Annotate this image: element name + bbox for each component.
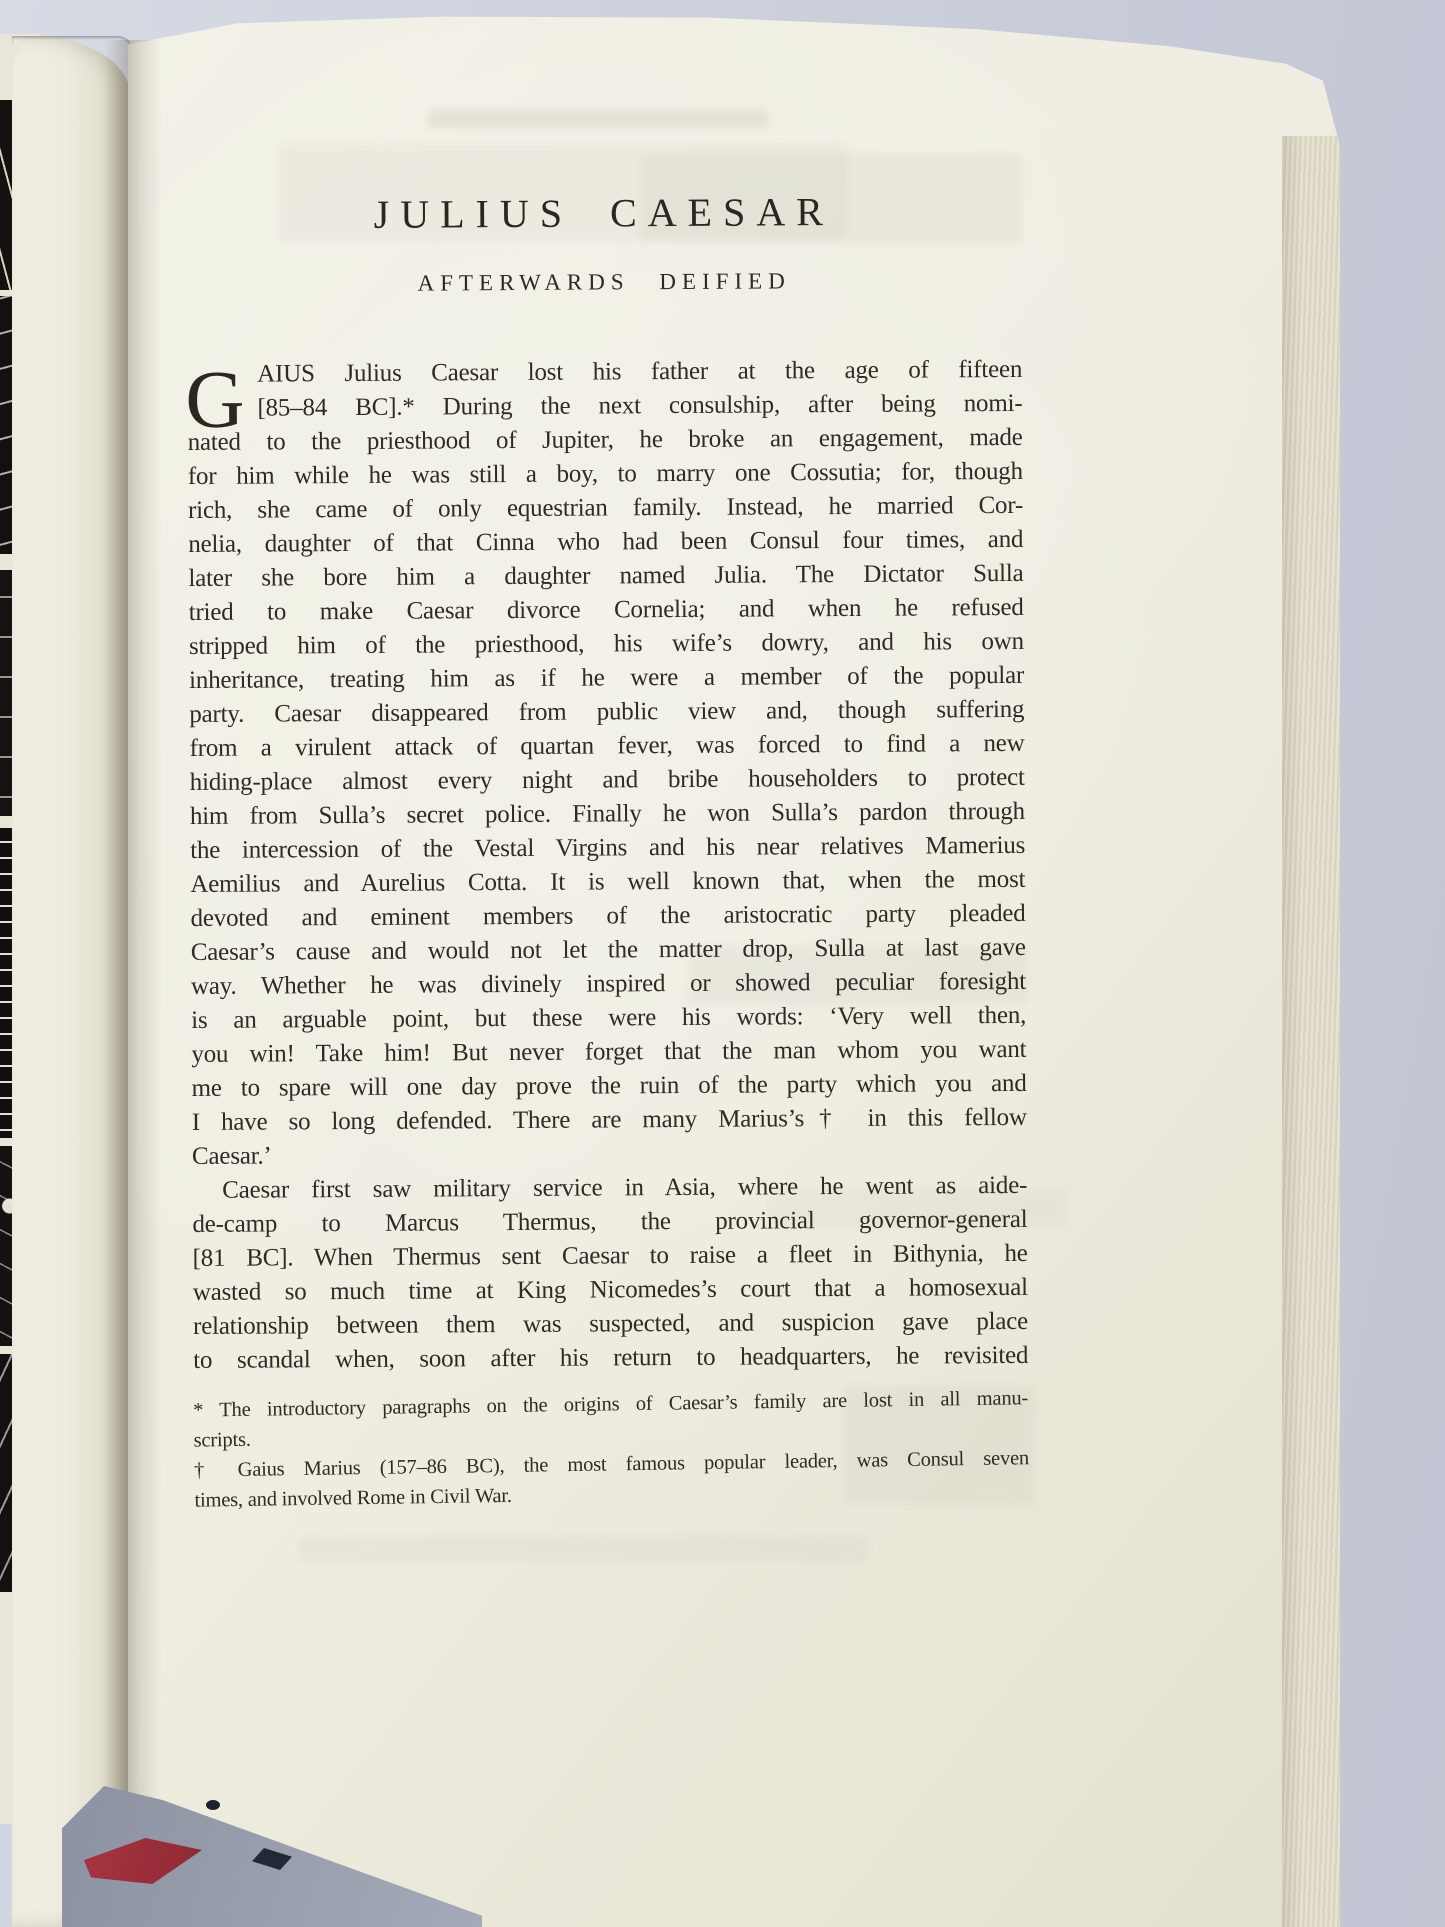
text-line: rich, she came of only equestrian family… [188,489,1023,528]
text-line: wasted so much time at King Nicomedes’s … [193,1271,1028,1310]
print-show-through [428,110,768,128]
text-line: [85–84 BC].* During the next consulship,… [257,387,1022,426]
text-line: to scandal when, soon after his return t… [193,1339,1028,1378]
text-line: me to spare will one day prove the ruin … [191,1067,1026,1106]
text-line: de-camp to Marcus Thermus, the provincia… [192,1203,1027,1242]
footnotes: * The introductory paragraphs on the ori… [193,1383,1030,1515]
text-line: Aemilius and Aurelius Cotta. It is well … [190,863,1025,902]
text-line: hiding-place almost every night and brib… [190,761,1025,800]
chapter-title: JULIUS CAESAR [186,187,1021,239]
text-line: relationship between them was suspected,… [193,1305,1028,1344]
text-line: I have so long defended. There are many … [192,1101,1027,1140]
chapter-subtitle: AFTERWARDS DEIFIED [187,267,1022,298]
text-line: way. Whether he was divinely inspired or… [191,965,1026,1004]
text-line: from a virulent attack of quartan fever,… [189,727,1024,766]
text-line: nated to the priesthood of Jupiter, he b… [188,421,1023,460]
text-line: devoted and eminent members of the arist… [190,897,1025,936]
text-line: later she bore him a daughter named Juli… [188,557,1023,596]
text-line: you win! Take him! But never forget that… [191,1033,1026,1072]
text-line: him from Sulla’s secret police. Finally … [190,795,1025,834]
print-show-through [298,1536,868,1562]
text-line: inheritance, treating him as if he were … [189,659,1024,698]
text-line: [81 BC]. When Thermus sent Caesar to rai… [193,1237,1028,1276]
text-line: Caesar first saw military service in Asi… [192,1169,1027,1208]
text-line: Caesar.’ [192,1135,1027,1174]
text-line: Caesar’s cause and would not let the mat… [191,931,1026,970]
text-line: the intercession of the Vestal Virgins a… [190,829,1025,868]
book-page: JULIUS CAESAR AFTERWARDS DEIFIED G AIUS … [128,8,1340,1927]
book-photo: JULIUS CAESAR AFTERWARDS DEIFIED G AIUS … [0,0,1445,1927]
text-line: is an arguable point, but these were his… [191,999,1026,1038]
text-line: AIUS Julius Caesar lost his father at th… [257,353,1022,392]
text-line: nelia, daughter of that Cinna who had be… [188,523,1023,562]
page-fore-edge [1282,136,1340,1927]
text-line: party. Caesar disappeared from public vi… [189,693,1024,732]
gutter-shadow [104,40,162,1927]
body-text: AIUS Julius Caesar lost his father at th… [187,353,1028,1378]
text-line: for him while he was still a boy, to mar… [188,455,1023,494]
text-line: stripped him of the priesthood, his wife… [189,625,1024,664]
text-line: tried to make Caesar divorce Cornelia; a… [189,591,1024,630]
text-column: JULIUS CAESAR AFTERWARDS DEIFIED G AIUS … [185,3,1020,8]
cover-speck [206,1800,220,1810]
